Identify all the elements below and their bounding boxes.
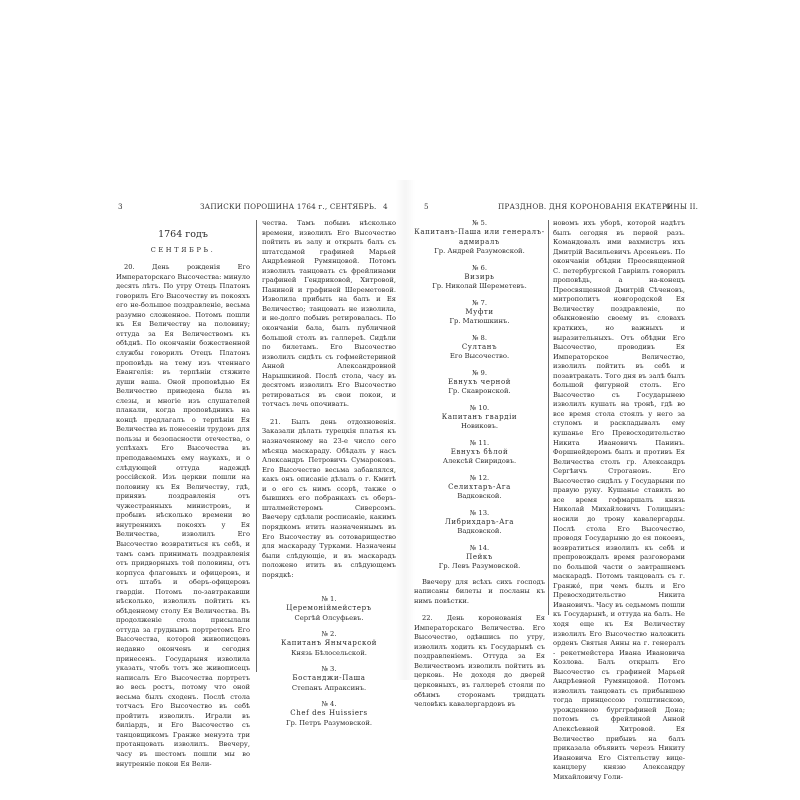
entry-number: № 6. bbox=[414, 263, 545, 273]
entry-role: Бостанджи-Паша bbox=[262, 674, 396, 684]
entry-person: Вадковской. bbox=[414, 527, 545, 537]
entry-role: Султанъ bbox=[414, 343, 545, 353]
entry-role: Евнухъ бѣлой bbox=[414, 448, 545, 458]
masquerade-entry: № 8.СултанъЕго Высочество. bbox=[414, 333, 545, 362]
entry-person: Гр. Петръ Разумовской. bbox=[262, 719, 396, 729]
right-column-2: новомъ ихъ уборѣ, которой надѣтъ былъ се… bbox=[553, 219, 685, 782]
paragraph: 22. День коронованія Ея Императорскаго В… bbox=[414, 614, 545, 709]
entry-number: № 3. bbox=[262, 664, 396, 674]
entry-number: № 11. bbox=[414, 438, 545, 448]
entry-person: Гр. Андрей Разумовской. bbox=[414, 247, 545, 257]
entry-role: Муфти bbox=[414, 308, 545, 318]
year-heading: 1764 годъ bbox=[116, 230, 250, 240]
entry-number: № 4. bbox=[262, 699, 396, 709]
masquerade-entry: № 12.Селихтаръ-АгаВадковской. bbox=[414, 473, 545, 502]
masquerade-entry: № 3.Бостанджи-ПашаСтепанъ Апраксинъ. bbox=[262, 664, 396, 693]
masquerade-entry: № 5.Капитанъ-Паша или генералъ-адмиралъГ… bbox=[414, 218, 545, 257]
month-heading: СЕНТЯБРЬ. bbox=[116, 246, 250, 256]
left-column-2: чества. Тамъ побывъ нѣсколько времени, и… bbox=[262, 219, 396, 728]
paragraph: 21. Былъ день отдохновенія. Заказали дѣл… bbox=[262, 418, 396, 580]
masquerade-entry: № 7.МуфтиГр. Матюшкинъ. bbox=[414, 298, 545, 327]
entry-number: № 8. bbox=[414, 333, 545, 343]
column-rule bbox=[256, 220, 257, 672]
entry-role: Либрихдаръ-Ага bbox=[414, 518, 545, 528]
entry-person: Гр. Скавронской. bbox=[414, 387, 545, 397]
paragraph: новомъ ихъ уборѣ, которой надѣтъ былъ се… bbox=[553, 219, 685, 782]
masquerade-entry: № 6.ВизирьГр. Николай Шереметевъ. bbox=[414, 263, 545, 292]
masquerade-entry: № 10.Капитанъ гвардіиНовиковъ. bbox=[414, 403, 545, 432]
entry-person: Князь Бѣлосельской. bbox=[262, 649, 396, 659]
entry-number: № 14. bbox=[414, 543, 545, 553]
left-column-1: 1764 годъ СЕНТЯБРЬ. 20. День рожденія Ег… bbox=[116, 218, 250, 769]
masquerade-entry: № 1.ЦеремоніймейстеръСергѣй Олсуфьевъ. bbox=[262, 594, 396, 623]
page-number: 4 bbox=[383, 202, 388, 211]
entry-person: Гр. Левъ Разумовской. bbox=[414, 562, 545, 572]
entry-person: Вадковской. bbox=[414, 492, 545, 502]
entry-role: Пейкъ bbox=[414, 553, 545, 563]
masquerade-entry: № 4.Chef des HuissiersГр. Петръ Разумовс… bbox=[262, 699, 396, 728]
entry-number: № 13. bbox=[414, 508, 545, 518]
entry-role: Капитанъ гвардіи bbox=[414, 413, 545, 423]
entry-number: № 9. bbox=[414, 368, 545, 378]
running-title: ЗАПИСКИ ПОРОШИНА 1764 г., СЕНТЯБРЬ. bbox=[200, 202, 376, 211]
masquerade-list: № 1.ЦеремоніймейстеръСергѣй Олсуфьевъ.№ … bbox=[262, 594, 396, 728]
paragraph: чества. Тамъ побывъ нѣсколько времени, и… bbox=[262, 219, 396, 410]
page-number: 3 bbox=[118, 202, 123, 211]
entry-person: Сергѣй Олсуфьевъ. bbox=[262, 614, 396, 624]
page-number: 5 bbox=[424, 202, 429, 211]
entry-role: Chef des Huissiers bbox=[262, 709, 396, 719]
entry-role: Евнухъ черной bbox=[414, 378, 545, 388]
masquerade-entry: № 2.Капитанъ ЯнычарскойКнязь Бѣлосельско… bbox=[262, 629, 396, 658]
entry-number: № 1. bbox=[262, 594, 396, 604]
gutter-shadow bbox=[395, 180, 415, 680]
entry-number: № 7. bbox=[414, 298, 545, 308]
right-column-1: № 5.Капитанъ-Паша или генералъ-адмиралъГ… bbox=[414, 212, 545, 710]
masquerade-list: № 5.Капитанъ-Паша или генералъ-адмиралъГ… bbox=[414, 218, 545, 572]
entry-role: Визирь bbox=[414, 273, 545, 283]
entry-person: Степанъ Апраксинъ. bbox=[262, 684, 396, 694]
masquerade-entry: № 9.Евнухъ чернойГр. Скавронской. bbox=[414, 368, 545, 397]
entry-number: № 5. bbox=[414, 218, 545, 228]
entry-number: № 12. bbox=[414, 473, 545, 483]
book-spread: 3 ЗАПИСКИ ПОРОШИНА 1764 г., СЕНТЯБРЬ. 4 … bbox=[0, 0, 800, 800]
entry-person: Гр. Матюшкинъ. bbox=[414, 317, 545, 327]
paragraph: 20. День рожденія Его Императорскаго Выс… bbox=[116, 263, 250, 769]
entry-role: Селихтаръ-Ага bbox=[414, 483, 545, 493]
entry-role: Капитанъ Янычарской bbox=[262, 639, 396, 649]
entry-role: Капитанъ-Паша или генералъ-адмиралъ bbox=[414, 228, 545, 247]
entry-number: № 10. bbox=[414, 403, 545, 413]
column-rule bbox=[548, 220, 549, 615]
paragraph: Ввечеру для всѣхъ сихъ господъ написаны … bbox=[414, 578, 545, 607]
masquerade-entry: № 13.Либрихдаръ-АгаВадковской. bbox=[414, 508, 545, 537]
entry-person: Новиковъ. bbox=[414, 422, 545, 432]
masquerade-entry: № 14.ПейкъГр. Левъ Разумовской. bbox=[414, 543, 545, 572]
entry-person: Гр. Николай Шереметевъ. bbox=[414, 282, 545, 292]
entry-role: Церемоніймейстеръ bbox=[262, 604, 396, 614]
entry-person: Алексѣй Свиридовъ. bbox=[414, 457, 545, 467]
entry-number: № 2. bbox=[262, 629, 396, 639]
masquerade-entry: № 11.Евнухъ бѣлойАлексѣй Свиридовъ. bbox=[414, 438, 545, 467]
entry-person: Его Высочество. bbox=[414, 352, 545, 362]
page-number: 6 bbox=[666, 202, 671, 211]
